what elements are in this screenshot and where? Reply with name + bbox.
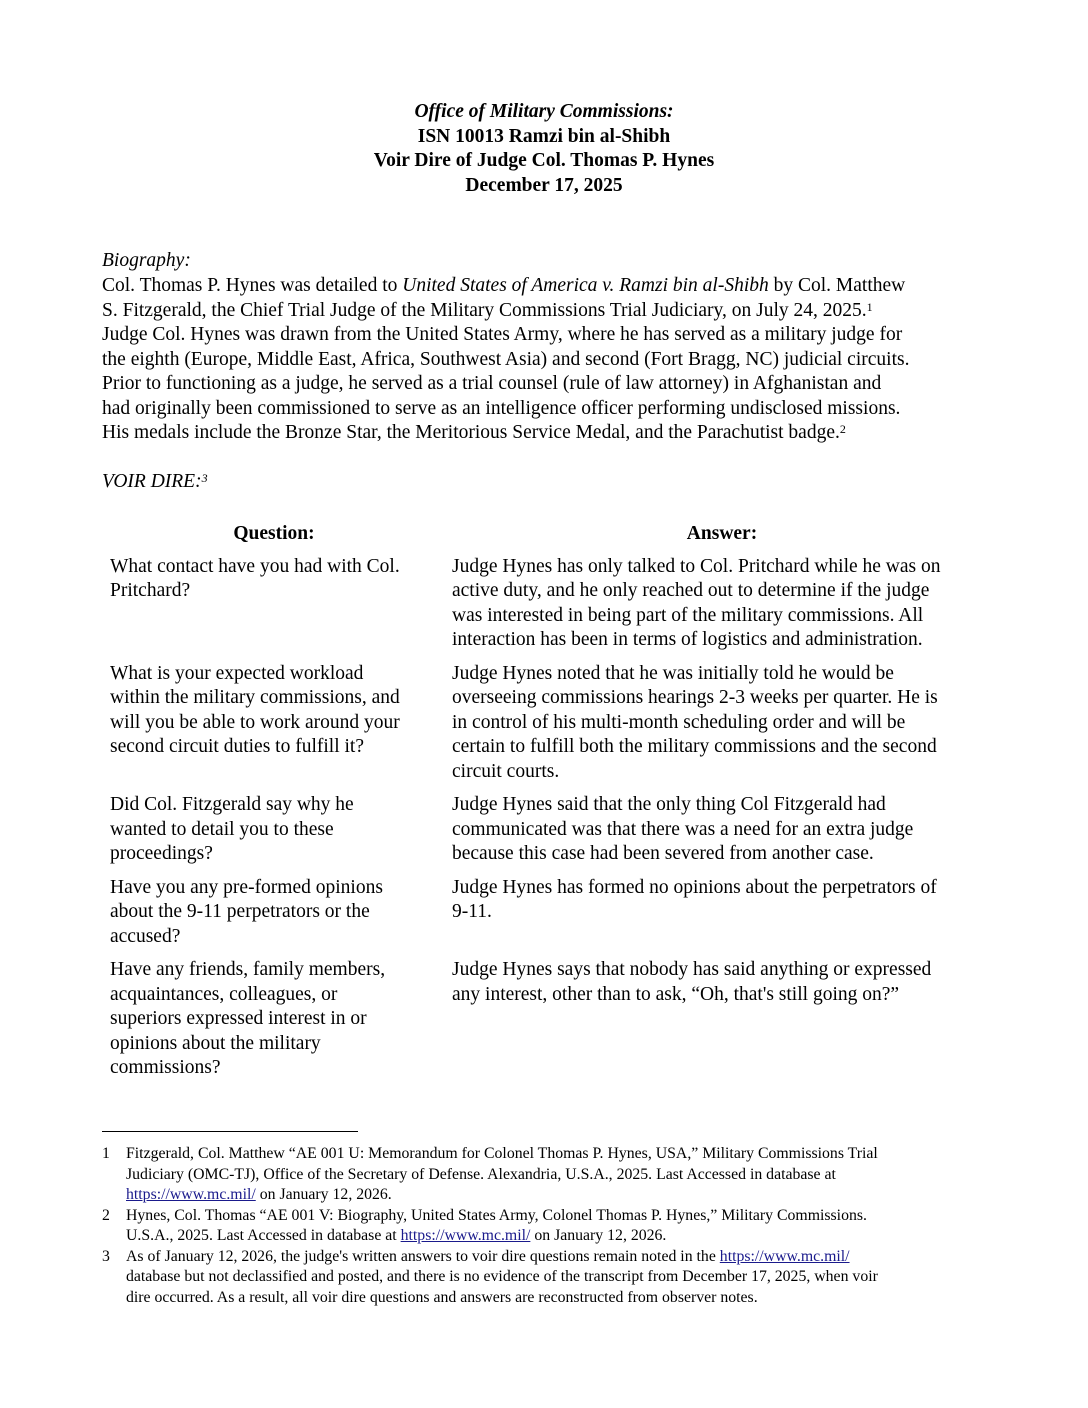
bio-line: His medals include the Bronze Star, the … bbox=[102, 421, 992, 446]
table-row: Did Col. Fitzgerald say why he wanted to… bbox=[102, 793, 992, 867]
voir-dire-table: Question: Answer: What contact have you … bbox=[102, 522, 992, 1090]
bio-line: Judge Col. Hynes was drawn from the Unit… bbox=[102, 323, 992, 348]
question-cell: What contact have you had with Col. Prit… bbox=[102, 555, 450, 653]
footnote-text: Hynes, Col. Thomas “AE 001 V: Biography,… bbox=[126, 1206, 992, 1247]
question-cell: Did Col. Fitzgerald say why he wanted to… bbox=[102, 793, 450, 867]
document-header: Office of Military Commissions: ISN 1001… bbox=[0, 100, 1088, 198]
header-subject-title: Voir Dire of Judge Col. Thomas P. Hynes bbox=[0, 149, 1088, 174]
bio-line: S. Fitzgerald, the Chief Trial Judge of … bbox=[102, 299, 992, 324]
mc-mil-link[interactable]: https://www.mc.mil/ bbox=[720, 1248, 850, 1265]
biography-paragraph: Col. Thomas P. Hynes was detailed to Uni… bbox=[102, 274, 992, 446]
footnote-number: 2 bbox=[102, 1206, 126, 1247]
table-row: What is your expected workload within th… bbox=[102, 662, 992, 785]
header-case-title: ISN 10013 Ramzi bin al-Shibh bbox=[0, 125, 1088, 150]
footnote-separator bbox=[102, 1131, 358, 1132]
document-page: Office of Military Commissions: ISN 1001… bbox=[0, 0, 1088, 1408]
answer-column-header: Answer: bbox=[446, 522, 992, 547]
table-row: What contact have you had with Col. Prit… bbox=[102, 555, 992, 653]
table-row: Have any friends, family members, acquai… bbox=[102, 958, 992, 1081]
answer-cell: Judge Hynes noted that he was initially … bbox=[450, 662, 992, 785]
footnote-text: As of January 12, 2026, the judge's writ… bbox=[126, 1247, 992, 1309]
answer-cell: Judge Hynes said that the only thing Col… bbox=[450, 793, 992, 867]
answer-cell: Judge Hynes says that nobody has said an… bbox=[450, 958, 992, 1081]
bio-line: had originally been commissioned to serv… bbox=[102, 397, 992, 422]
footnote-2: 2 Hynes, Col. Thomas “AE 001 V: Biograph… bbox=[102, 1206, 992, 1247]
bio-line: Col. Thomas P. Hynes was detailed to Uni… bbox=[102, 274, 992, 299]
biography-label: Biography: bbox=[102, 249, 191, 274]
table-header-row: Question: Answer: bbox=[102, 522, 992, 547]
question-cell: What is your expected workload within th… bbox=[102, 662, 450, 785]
footnotes: 1 Fitzgerald, Col. Matthew “AE 001 U: Me… bbox=[102, 1144, 992, 1308]
answer-cell: Judge Hynes has formed no opinions about… bbox=[450, 876, 992, 950]
table-row: Have you any pre-formed opinions about t… bbox=[102, 876, 992, 950]
mc-mil-link[interactable]: https://www.mc.mil/ bbox=[401, 1227, 531, 1244]
question-column-header: Question: bbox=[102, 522, 446, 547]
voir-dire-label: VOIR DIRE:3 bbox=[102, 470, 208, 495]
footnote-3: 3 As of January 12, 2026, the judge's wr… bbox=[102, 1247, 992, 1309]
mc-mil-link[interactable]: https://www.mc.mil/ bbox=[126, 1186, 256, 1203]
header-office-title: Office of Military Commissions: bbox=[0, 100, 1088, 125]
footnote-1: 1 Fitzgerald, Col. Matthew “AE 001 U: Me… bbox=[102, 1144, 992, 1206]
footnote-ref-2[interactable]: 2 bbox=[840, 422, 846, 436]
footnote-ref-3[interactable]: 3 bbox=[202, 471, 208, 485]
answer-cell: Judge Hynes has only talked to Col. Prit… bbox=[450, 555, 992, 653]
bio-line: the eighth (Europe, Middle East, Africa,… bbox=[102, 348, 992, 373]
question-cell: Have any friends, family members, acquai… bbox=[102, 958, 450, 1081]
question-cell: Have you any pre-formed opinions about t… bbox=[102, 876, 450, 950]
bio-line: Prior to functioning as a judge, he serv… bbox=[102, 372, 992, 397]
footnote-number: 1 bbox=[102, 1144, 126, 1206]
footnote-text: Fitzgerald, Col. Matthew “AE 001 U: Memo… bbox=[126, 1144, 992, 1206]
footnote-ref-1[interactable]: 1 bbox=[867, 300, 873, 314]
footnote-number: 3 bbox=[102, 1247, 126, 1309]
header-date: December 17, 2025 bbox=[0, 174, 1088, 199]
case-name: United States of America v. Ramzi bin al… bbox=[402, 275, 768, 296]
